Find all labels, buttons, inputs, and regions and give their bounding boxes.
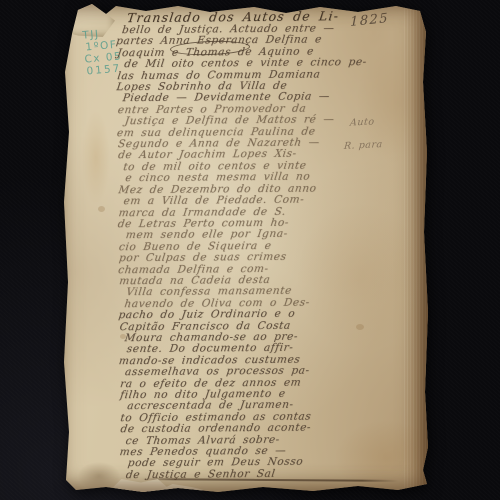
paper-stain: [78, 462, 120, 490]
margin-note: R. para: [344, 139, 384, 152]
paper-shadow-wrap: TJJ 1ºOF Cx 05 0157 1825 Translado dos A…: [0, 0, 500, 500]
margin-note: Auto: [350, 116, 375, 128]
photo-background: TJJ 1ºOF Cx 05 0157 1825 Translado dos A…: [0, 0, 500, 500]
manuscript-page: TJJ 1ºOF Cx 05 0157 1825 Translado dos A…: [58, 2, 430, 492]
paper-stain: [82, 110, 110, 205]
torn-paper-chip: [162, 484, 204, 494]
closing-flourish: [142, 478, 398, 482]
foxing-spot: [98, 206, 105, 212]
manuscript-text: Translado dos Autos de Li-bello de Justi…: [116, 9, 388, 482]
